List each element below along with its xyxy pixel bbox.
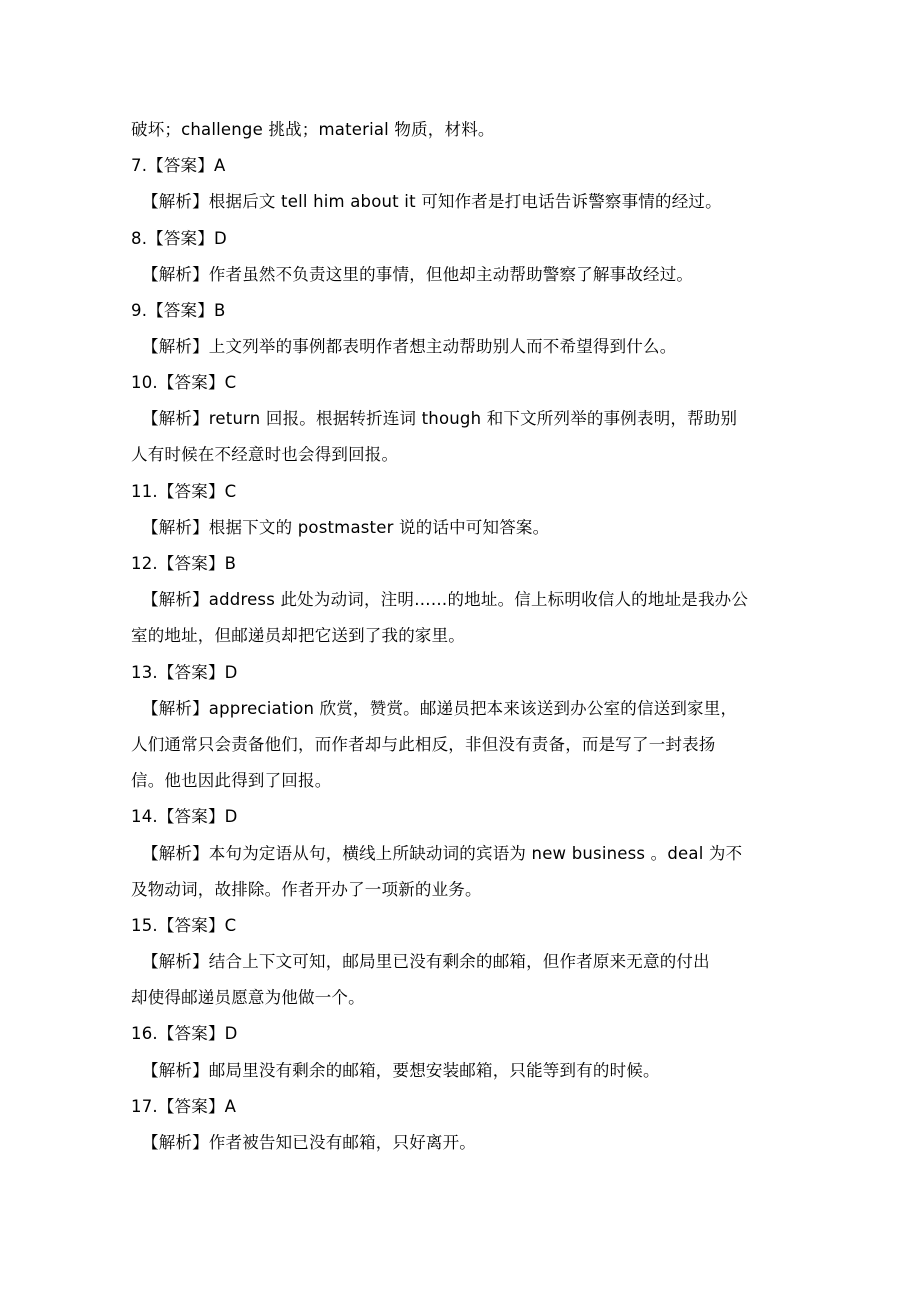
analysis-line-13-cont2: 信。他也因此得到了回报。: [131, 770, 331, 792]
analysis-line-8: 【解析】作者虽然不负责这里的事情，但他却主动帮助警察了解事故经过。: [142, 264, 693, 286]
answer-line-8: 8.【答案】D: [131, 228, 227, 250]
answer-line-13: 13.【答案】D: [131, 662, 238, 684]
answer-line-10: 10.【答案】C: [131, 372, 236, 394]
analysis-line-15: 【解析】结合上下文可知，邮局里已没有剩余的邮箱，但作者原来无意的付出: [142, 951, 710, 973]
analysis-line-9: 【解析】上文列举的事例都表明作者想主动帮助别人而不希望得到什么。: [142, 336, 676, 358]
answer-line-15: 15.【答案】C: [131, 915, 236, 937]
analysis-line-7: 【解析】根据后文 tell him about it 可知作者是打电话告诉警察事…: [142, 191, 722, 213]
answer-line-7: 7.【答案】A: [131, 155, 225, 177]
document-page: 破坏；challenge 挑战；material 物质，材料。 7.【答案】A …: [0, 0, 920, 1302]
answer-line-14: 14.【答案】D: [131, 806, 238, 828]
answer-line-17: 17.【答案】A: [131, 1096, 236, 1118]
answer-line-16: 16.【答案】D: [131, 1023, 238, 1045]
answer-line-11: 11.【答案】C: [131, 481, 236, 503]
analysis-line-10: 【解析】return 回报。根据转折连词 though 和下文所列举的事例表明，…: [142, 408, 737, 430]
analysis-line-12-cont: 室的地址，但邮递员却把它送到了我的家里。: [131, 625, 465, 647]
analysis-line-15-cont: 却使得邮递员愿意为他做一个。: [131, 987, 365, 1009]
answer-line-12: 12.【答案】B: [131, 553, 236, 575]
analysis-line-14: 【解析】本句为定语从句，横线上所缺动词的宾语为 new business 。de…: [142, 843, 742, 865]
analysis-line-11: 【解析】根据下文的 postmaster 说的话中可知答案。: [142, 517, 549, 539]
analysis-line-12: 【解析】address 此处为动词，注明……的地址。信上标明收信人的地址是我办公: [142, 589, 748, 611]
analysis-line-13: 【解析】appreciation 欣赏，赞赏。邮递员把本来该送到办公室的信送到家…: [142, 698, 737, 720]
analysis-line-10-cont: 人有时候在不经意时也会得到回报。: [131, 444, 398, 466]
analysis-line-14-cont: 及物动词，故排除。作者开办了一项新的业务。: [131, 879, 482, 901]
analysis-line-17: 【解析】作者被告知已没有邮箱，只好离开。: [142, 1132, 476, 1154]
text-line-continuation: 破坏；challenge 挑战；material 物质，材料。: [131, 119, 495, 141]
analysis-line-13-cont: 人们通常只会责备他们，而作者却与此相反，非但没有责备，而是写了一封表扬: [131, 734, 716, 756]
analysis-line-16: 【解析】邮局里没有剩余的邮箱，要想安装邮箱，只能等到有的时候。: [142, 1060, 660, 1082]
answer-line-9: 9.【答案】B: [131, 300, 225, 322]
